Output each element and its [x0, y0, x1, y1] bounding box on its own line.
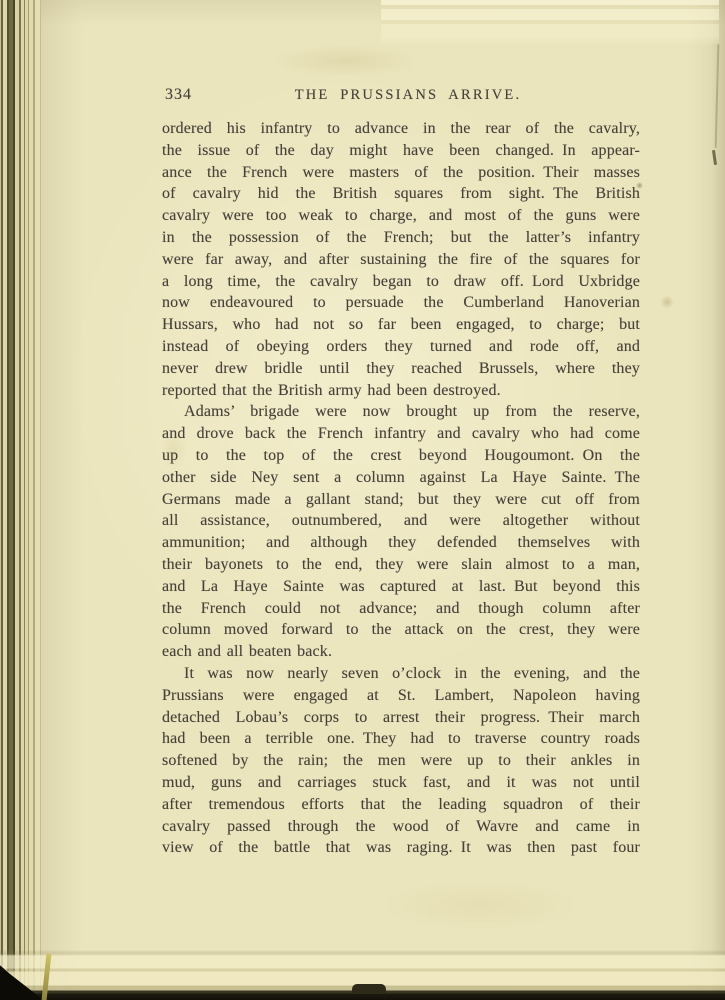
text-line: their bayonets to the end, they were sla…	[162, 554, 640, 576]
text-line: and La Haye Sainte was captured at last.…	[162, 576, 640, 598]
text-line: of cavalry hid the British squares from …	[162, 183, 640, 205]
running-header-title: THE PRUSSIANS ARRIVE.	[162, 84, 640, 106]
paragraph: Adams’ brigade were now brought up from …	[162, 401, 640, 663]
text-line: had been a terrible one. They had to tra…	[162, 728, 640, 750]
text-line: cavalry passed through the wood of Wavre…	[162, 816, 640, 838]
text-line: Germans made a gallant stand; but they w…	[162, 489, 640, 511]
text-line: Adams’ brigade were now brought up from …	[162, 401, 640, 423]
text-line: reported that the British army had been …	[162, 380, 640, 402]
page-body: ordered his infantry to advance in the r…	[162, 118, 640, 859]
text-line: ance the French were masters of the posi…	[162, 162, 640, 184]
text-line: mud, guns and carriages stuck fast, and …	[162, 772, 640, 794]
text-line: now endeavoured to persuade the Cumberla…	[162, 292, 640, 314]
text-line: instead of obeying orders they turned an…	[162, 336, 640, 358]
text-line: the issue of the day might have been cha…	[162, 140, 640, 162]
printed-content: 334 THE PRUSSIANS ARRIVE. ordered his in…	[162, 84, 640, 859]
text-line: cavalry were too weak to charge, and mos…	[162, 205, 640, 227]
text-line: softened by the rain; the men were up to…	[162, 750, 640, 772]
paper-stain	[271, 44, 421, 78]
text-line: view of the battle that was raging. It w…	[162, 837, 640, 859]
text-line: all assistance, outnumbered, and were al…	[162, 510, 640, 532]
text-line: other side Ney sent a column against La …	[162, 467, 640, 489]
bottom-edge-bump	[352, 984, 386, 994]
page-number: 334	[165, 84, 192, 106]
text-line: ammunition; and although they defended t…	[162, 532, 640, 554]
text-line: up to the top of the crest beyond Hougou…	[162, 445, 640, 467]
text-line: in the possession of the French; but the…	[162, 227, 640, 249]
book-scan: 334 THE PRUSSIANS ARRIVE. ordered his in…	[0, 0, 725, 1000]
paragraph: It was now nearly seven o’clock in the e…	[162, 663, 640, 859]
text-line: and drove back the French infantry and c…	[162, 423, 640, 445]
page-edges-gutter	[0, 0, 46, 1000]
text-line: It was now nearly seven o’clock in the e…	[162, 663, 640, 685]
text-line: Hussars, who had not so far been engaged…	[162, 314, 640, 336]
page-top-edges	[381, 0, 719, 46]
text-line: the French could not advance; and though…	[162, 598, 640, 620]
text-line: ordered his infantry to advance in the r…	[162, 118, 640, 140]
text-line: column moved forward to the attack on th…	[162, 619, 640, 641]
text-line: were far away, and after sustaining the …	[162, 249, 640, 271]
text-line: after tremendous efforts that the leadin…	[162, 794, 640, 816]
text-line: detached Lobau’s corps to arrest their p…	[162, 707, 640, 729]
text-line: each and all beaten back.	[162, 641, 640, 663]
text-line: a long time, the cavalry began to draw o…	[162, 271, 640, 293]
running-head: 334 THE PRUSSIANS ARRIVE.	[162, 84, 640, 106]
text-line: Prussians were engaged at St. Lambert, N…	[162, 685, 640, 707]
paragraph: ordered his infantry to advance in the r…	[162, 118, 640, 401]
text-line: never drew bridle until they reached Bru…	[162, 358, 640, 380]
